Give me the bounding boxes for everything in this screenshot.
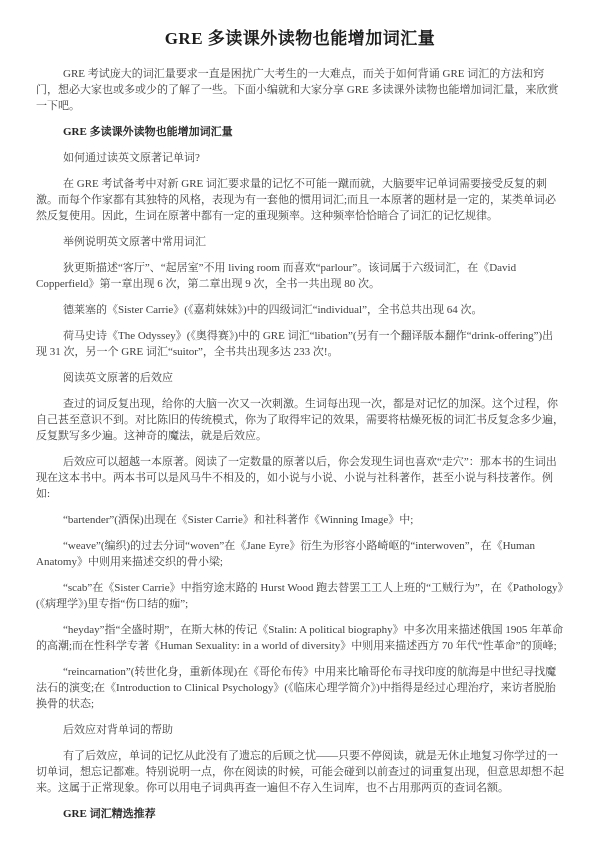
body-paragraph: 狄更斯描述“客厅”、“起居室”不用 living room 而喜欢“parlou… (36, 260, 564, 292)
body-paragraph: 在 GRE 考试备考中对新 GRE 词汇要求量的记忆不可能一蹴而就，大脑要牢记单… (36, 176, 564, 224)
body-paragraph: “scab”在《Sister Carrie》中指穷途末路的 Hurst Wood… (36, 580, 564, 612)
body-paragraph: “heyday”指“全盛时期”，在斯大林的传记《Stalin: A politi… (36, 622, 564, 654)
body-paragraph: 德莱塞的《Sister Carrie》(《嘉莉妹妹》)中的四级词汇“indivi… (36, 302, 564, 318)
body-paragraph: 查过的词反复出现，给你的大脑一次又一次刺激。生词每出现一次，都是对记忆的加深。这… (36, 396, 564, 444)
body-paragraph: “weave”(编织)的过去分词“woven”在《Jane Eyre》衍生为形容… (36, 538, 564, 570)
section-subheading: 如何通过读英文原著记单词? (36, 150, 564, 166)
body-paragraph: 后效应可以超越一本原著。阅读了一定数量的原著以后，你会发现生词也喜欢“走穴”：那… (36, 454, 564, 502)
article-page: GRE 多读课外读物也能增加词汇量 GRE 考试庞大的词汇量要求一直是困扰广大考… (0, 0, 600, 849)
body-paragraph: “reincarnation”(转世化身，重新体现)在《哥伦布传》中用来比喻哥伦… (36, 664, 564, 712)
section-subheading: 后效应对背单词的帮助 (36, 722, 564, 738)
page-title: GRE 多读课外读物也能增加词汇量 (36, 28, 564, 50)
article-heading: GRE 多读课外读物也能增加词汇量 (36, 124, 564, 140)
body-paragraph: “bartender”(酒保)出现在《Sister Carrie》和社科著作《W… (36, 512, 564, 528)
article-heading: GRE 词汇精选推荐 (36, 806, 564, 822)
body-paragraph: 荷马史诗《The Odyssey》(《奥得赛》)中的 GRE 词汇“libati… (36, 328, 564, 360)
intro-paragraph: GRE 考试庞大的词汇量要求一直是困扰广大考生的一大难点，而关于如何背诵 GRE… (36, 66, 564, 114)
section-subheading: 举例说明英文原著中常用词汇 (36, 234, 564, 250)
section-subheading: 阅读英文原著的后效应 (36, 370, 564, 386)
body-paragraph: 有了后效应，单词的记忆从此没有了遗忘的后顾之忧——只要不停阅读，就是无休止地复习… (36, 748, 564, 796)
